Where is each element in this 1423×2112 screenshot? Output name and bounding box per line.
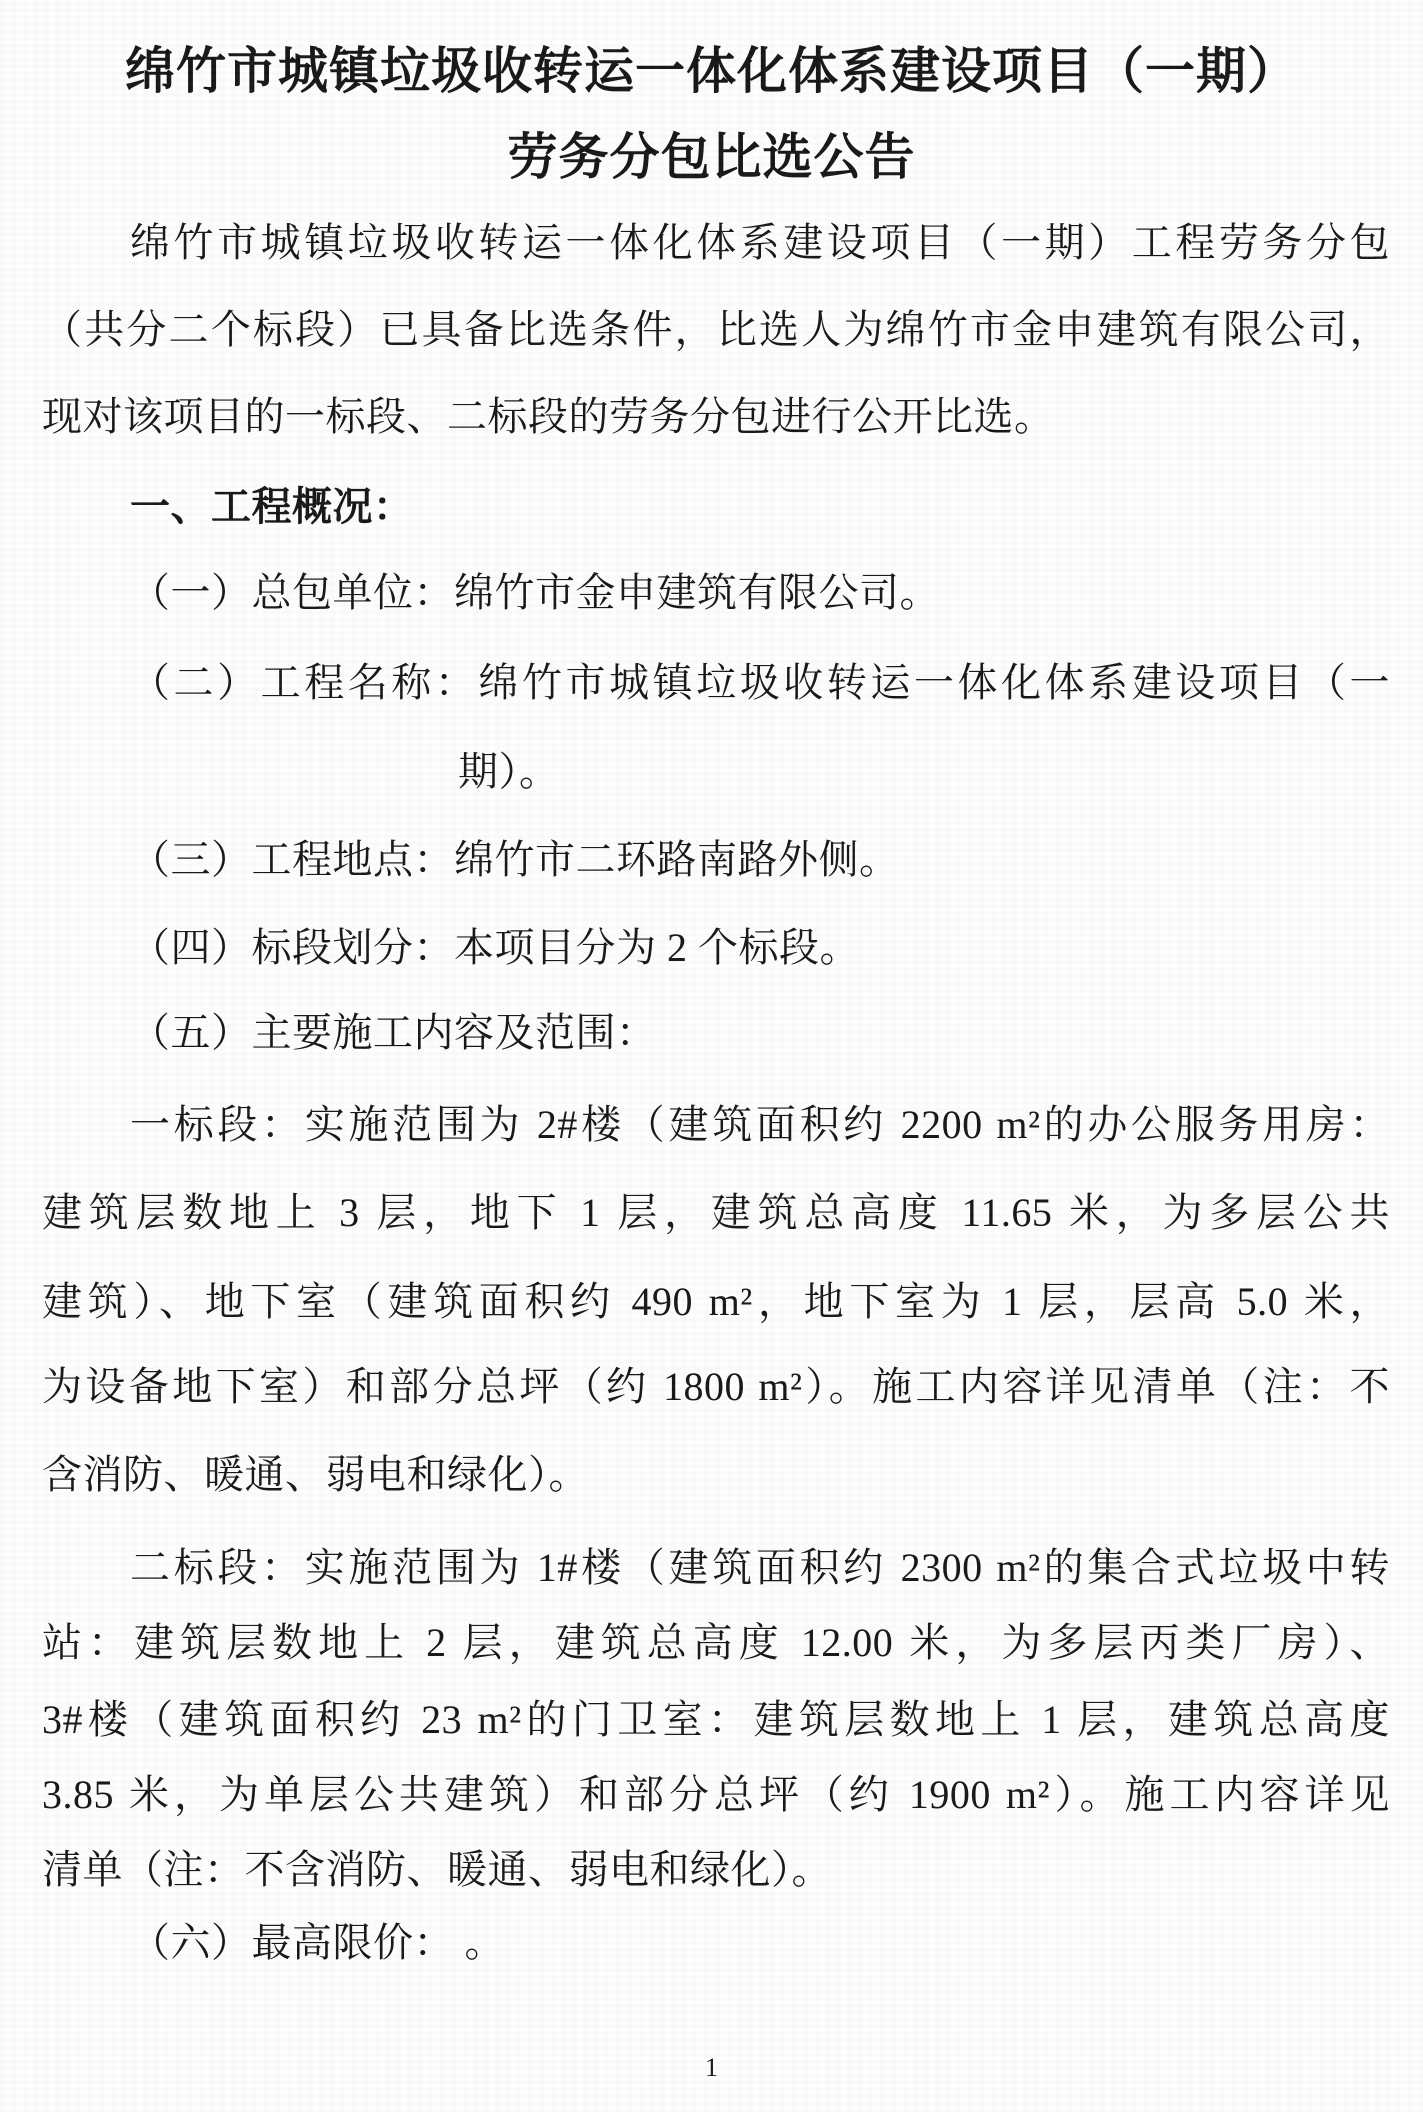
list-item: （一）总包单位：绵竹市金申建筑有限公司。: [130, 567, 940, 619]
list-item: （六）最高限价： 。: [130, 1917, 505, 1969]
paragraph-line: 含消防、暖通、弱电和绿化）。: [42, 1449, 589, 1501]
list-item-continuation: 期）。: [458, 746, 560, 798]
page-number: 1: [0, 2053, 1423, 2083]
list-item: （二）工程名称：绵竹市城镇垃圾收转运一体化体系建设项目（一: [130, 657, 1390, 709]
list-item: （三）工程地点：绵竹市二环路南路外侧。: [130, 834, 900, 886]
doc-title-line2: 劳务分包比选公告: [0, 125, 1423, 189]
list-item: （四）标段划分：本项目分为 2 个标段。: [130, 922, 860, 974]
paragraph-line: 一标段：实施范围为 2#楼（建筑面积约 2200 m²的办公服务用房：: [130, 1099, 1390, 1151]
paragraph-line: 二标段：实施范围为 1#楼（建筑面积约 2300 m²的集合式垃圾中转: [130, 1542, 1390, 1594]
paragraph-line: 清单（注：不含消防、暖通、弱电和绿化）。: [42, 1844, 832, 1896]
document-page: 绵竹市城镇垃圾收转运一体化体系建设项目（一期） 劳务分包比选公告 绵竹市城镇垃圾…: [0, 0, 1423, 2112]
paragraph-line: 建筑）、地下室（建筑面积约 490 m²，地下室为 1 层，层高 5.0 米，: [42, 1276, 1390, 1328]
paragraph-line: 为设备地下室）和部分总坪（约 1800 m²）。施工内容详见清单（注：不: [42, 1361, 1390, 1413]
doc-title-line1: 绵竹市城镇垃圾收转运一体化体系建设项目（一期）: [0, 39, 1423, 103]
paragraph-line: 现对该项目的一标段、二标段的劳务分包进行公开比选。: [42, 391, 1055, 443]
paragraph-line: （共分二个标段）已具备比选条件，比选人为绵竹市金申建筑有限公司，: [42, 304, 1390, 356]
paragraph-line: 站：建筑层数地上 2 层，建筑总高度 12.00 米，为多层丙类厂房）、: [42, 1617, 1390, 1669]
section-heading: 一、工程概况：: [130, 481, 414, 533]
paragraph-line: 3.85 米，为单层公共建筑）和部分总坪（约 1900 m²）。施工内容详见: [42, 1769, 1390, 1821]
paragraph-line: 建筑层数地上 3 层，地下 1 层，建筑总高度 11.65 米，为多层公共: [42, 1187, 1390, 1239]
paragraph-line: 3#楼（建筑面积约 23 m²的门卫室：建筑层数地上 1 层，建筑总高度: [42, 1694, 1390, 1746]
paragraph-line: 绵竹市城镇垃圾收转运一体化体系建设项目（一期）工程劳务分包: [130, 217, 1390, 269]
list-item: （五）主要施工内容及范围：: [130, 1007, 657, 1059]
